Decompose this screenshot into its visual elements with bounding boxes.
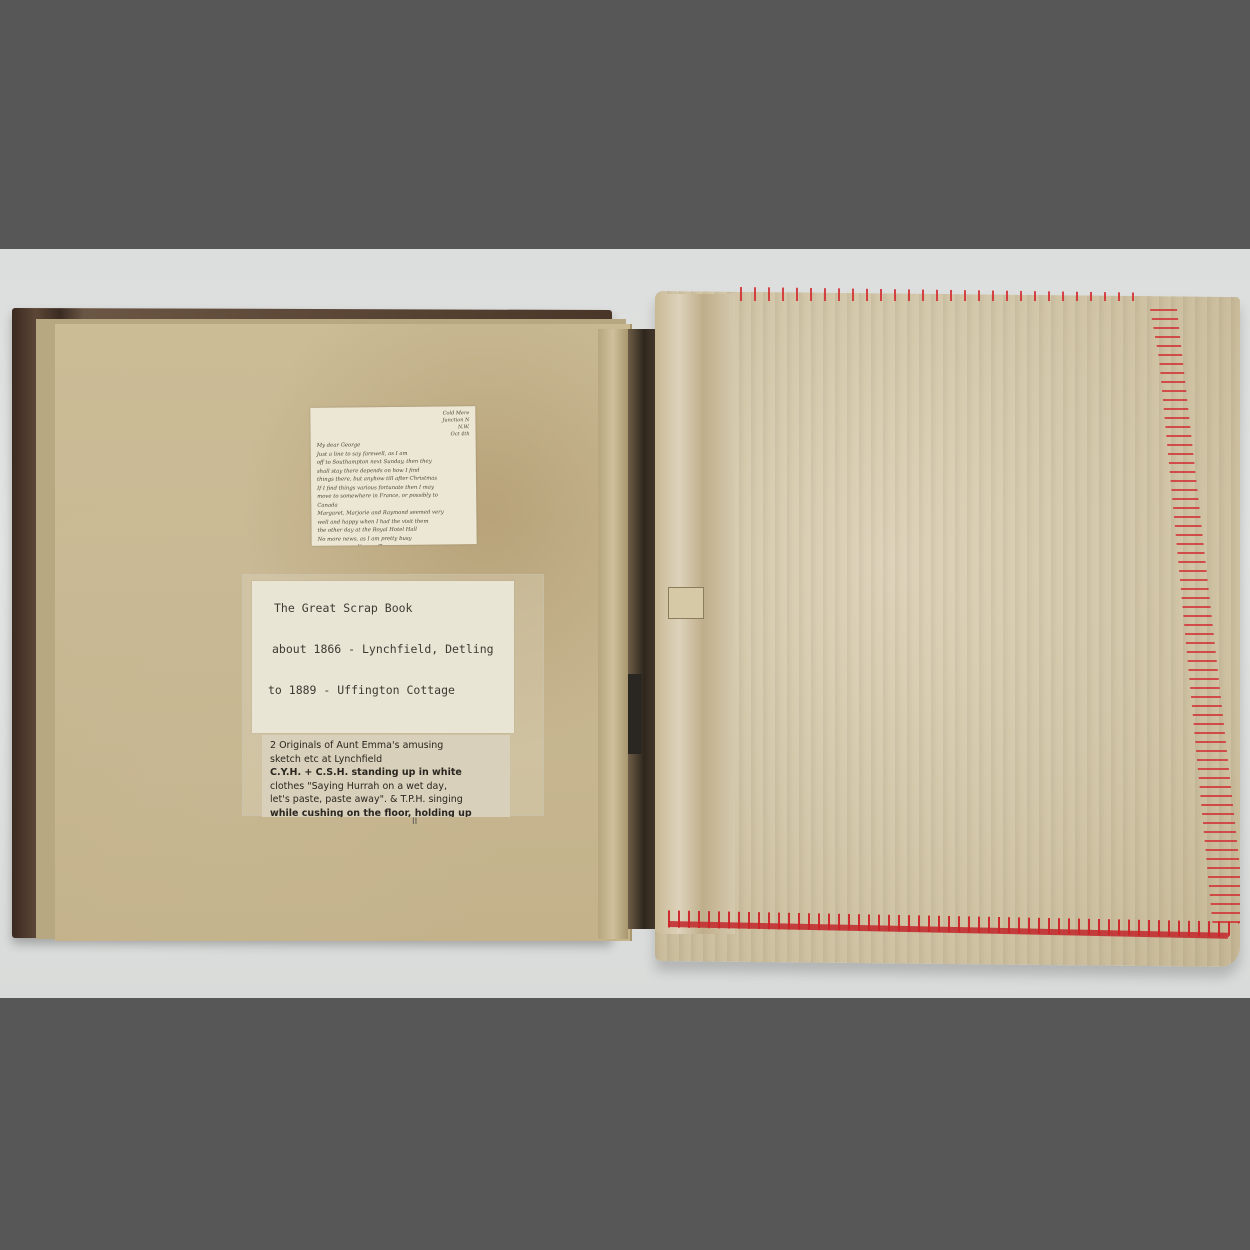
handwritten-letter: Cold Mere Junction N N.W. Oct 4th My dea… (310, 406, 476, 546)
caption-line: sketch etc at Lynchfield (270, 753, 502, 767)
caption-line: C.Y.H. + C.S.H. standing up in white (270, 766, 502, 780)
page-tab (668, 587, 704, 619)
letter-date: Oct 4th (317, 431, 470, 440)
scrapbook-photo: Cold Mere Junction N N.W. Oct 4th My dea… (0, 249, 1250, 998)
title-label-card: The Great Scrap Book about 1866 - Lynchf… (252, 581, 514, 733)
letter-body: My dear George Just a line to say farewe… (317, 440, 471, 546)
spine-label (628, 674, 642, 754)
caption-line: while cushing on the floor, holding up (270, 807, 502, 818)
caption-mark: II (412, 817, 417, 827)
right-page-block (655, 291, 1240, 967)
letter-address: Cold Mere Junction N N.W. Oct 4th (316, 410, 469, 440)
caption-line: let's paste, paste away". & T.P.H. singi… (270, 793, 502, 807)
left-page-fold-strip (598, 329, 628, 939)
red-stitching-top (740, 287, 1140, 301)
caption-line: clothes "Saying Hurrah on a wet day, (270, 780, 502, 794)
label-title: The Great Scrap Book (274, 601, 514, 642)
caption-note: 2 Originals of Aunt Emma's amusing sketc… (262, 735, 510, 817)
caption-line: 2 Originals of Aunt Emma's amusing (270, 739, 502, 753)
label-date-start: about 1866 - Lynchfield, Detling (272, 642, 514, 683)
label-date-end: to 1889 - Uffington Cottage (268, 683, 514, 724)
